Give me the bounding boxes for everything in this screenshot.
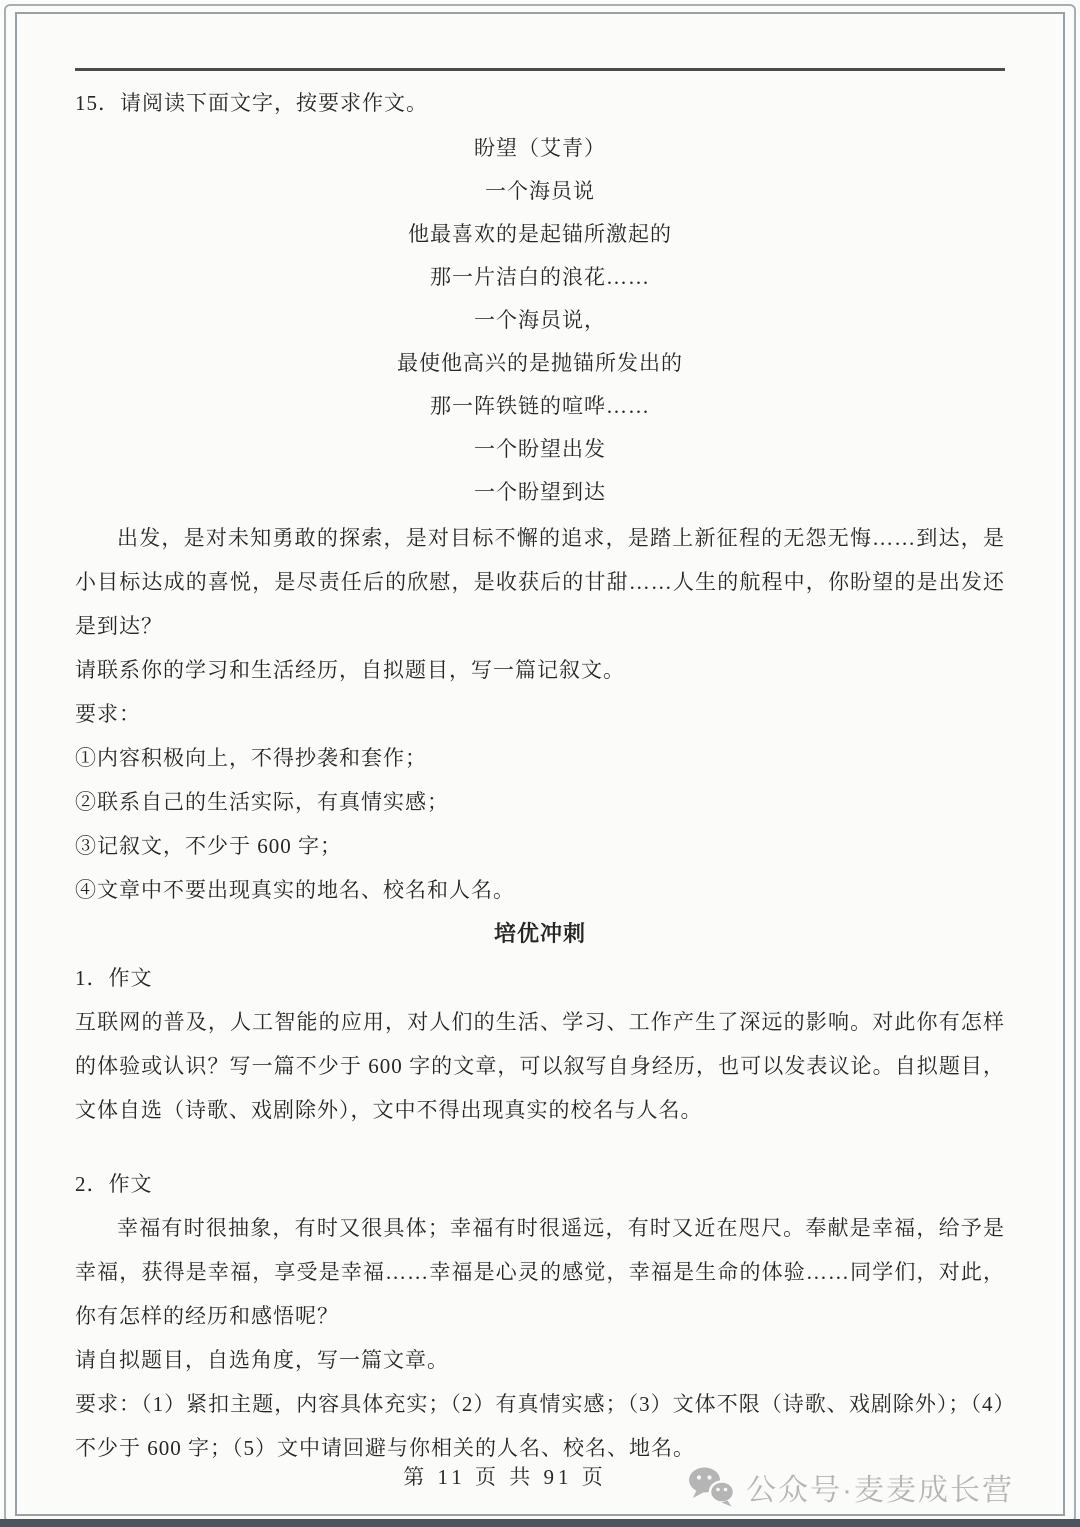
question-15-prompt: 15．请阅读下面文字，按要求作文。 (75, 81, 1005, 125)
poem-line-8: 一个盼望到达 (75, 471, 1005, 514)
poem-line-2: 他最喜欢的是起锚所激起的 (75, 213, 1005, 256)
watermark: 公众号·麦麦成长营 (688, 1465, 1014, 1509)
section-title: 培优冲刺 (75, 912, 1005, 956)
bottom-edge-bar (0, 1519, 1080, 1527)
page-content: 15．请阅读下面文字，按要求作文。 盼望（艾青） 一个海员说 他最喜欢的是起锚所… (75, 68, 1005, 1470)
composition-2-heading: 2．作文 (75, 1162, 1005, 1206)
composition-2-requirements: 要求：（1）紧扣主题，内容具体充实；（2）有真情实感；（3）文体不限（诗歌、戏剧… (75, 1382, 1005, 1470)
question-15-requirement-3: ③记叙文，不少于 600 字； (75, 824, 1005, 868)
wechat-icon (688, 1467, 736, 1507)
question-15-instruction: 请联系你的学习和生活经历，自拟题目，写一篇记叙文。 (75, 648, 1005, 692)
poem-block: 盼望（艾青） 一个海员说 他最喜欢的是起锚所激起的 那一片洁白的浪花…… 一个海… (75, 127, 1005, 514)
poem-line-1: 一个海员说 (75, 170, 1005, 213)
watermark-text: 公众号·麦麦成长营 (746, 1465, 1014, 1509)
composition-2-body: 幸福有时很抽象，有时又很具体；幸福有时很遥远，有时又近在咫尺。奉献是幸福，给予是… (75, 1206, 1005, 1338)
poem-line-5: 最使他高兴的是抛锚所发出的 (75, 342, 1005, 385)
question-15-requirement-4: ④文章中不要出现真实的地名、校名和人名。 (75, 868, 1005, 912)
top-divider-rule (75, 68, 1005, 71)
question-15-material: 出发，是对未知勇敢的探索，是对目标不懈的追求，是踏上新征程的无怨无悔……到达，是… (75, 516, 1005, 648)
poem-title: 盼望（艾青） (75, 127, 1005, 170)
question-15-requirement-1: ①内容积极向上，不得抄袭和套作； (75, 736, 1005, 780)
composition-1-heading: 1．作文 (75, 956, 1005, 1000)
poem-line-4: 一个海员说， (75, 299, 1005, 342)
composition-1-body: 互联网的普及，人工智能的应用，对人们的生活、学习、工作产生了深远的影响。对此你有… (75, 1000, 1005, 1132)
poem-line-7: 一个盼望出发 (75, 428, 1005, 471)
question-15-requirements-label: 要求： (75, 692, 1005, 736)
poem-line-6: 那一阵铁链的喧哗…… (75, 385, 1005, 428)
question-15-requirement-2: ②联系自己的生活实际，有真情实感； (75, 780, 1005, 824)
poem-line-3: 那一片洁白的浪花…… (75, 256, 1005, 299)
document-page: 15．请阅读下面文字，按要求作文。 盼望（艾青） 一个海员说 他最喜欢的是起锚所… (0, 0, 1080, 1527)
composition-2-instruction: 请自拟题目，自选角度，写一篇文章。 (75, 1338, 1005, 1382)
